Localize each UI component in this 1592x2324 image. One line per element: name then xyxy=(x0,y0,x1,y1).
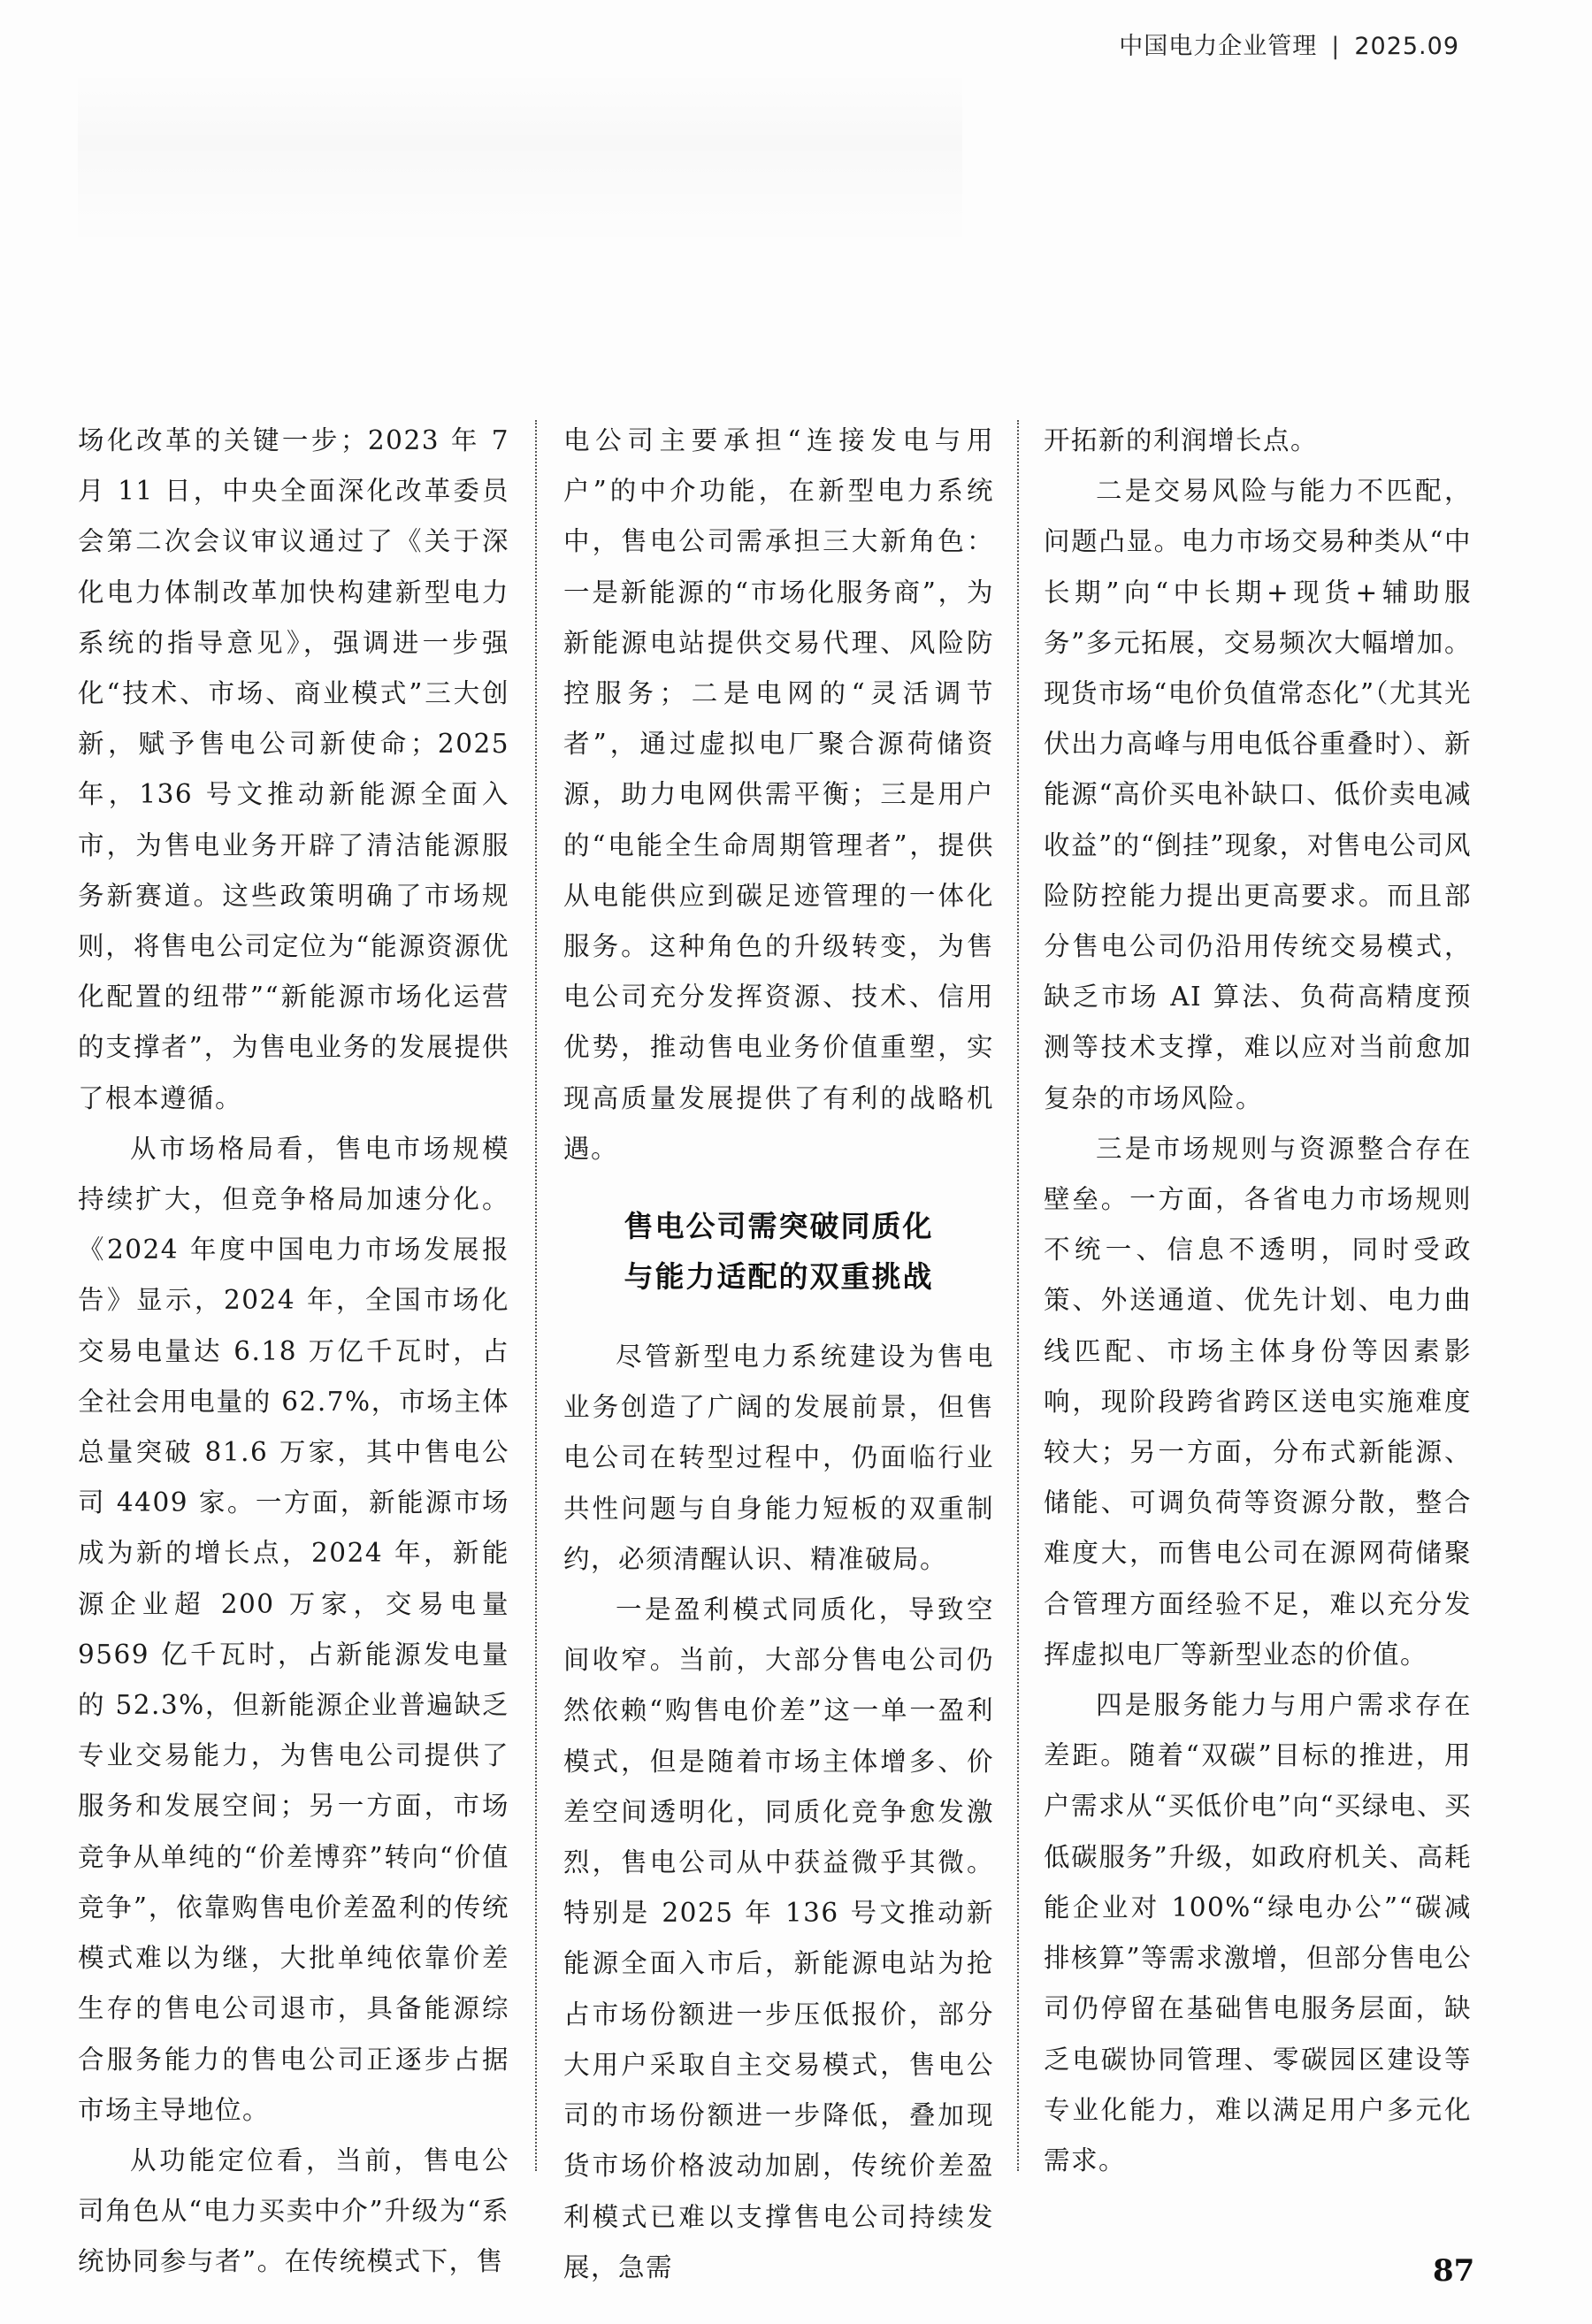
column-middle: 电公司主要承担“连接发电与用户”的中介功能，在新型电力系统中，售电公司需承担三大… xyxy=(563,416,994,2293)
paragraph: 三是市场规则与资源整合存在壁垒。一方面，各省电力市场规则不统一、信息不透明，同时… xyxy=(1044,1124,1472,1680)
paragraph: 尽管新型电力系统建设为售电业务创造了广阔的发展前景，但售电公司在转型过程中，仍面… xyxy=(563,1332,994,1585)
issue-number: 2025.09 xyxy=(1354,33,1459,60)
column-divider xyxy=(535,420,537,2171)
paragraph: 场化改革的关键一步；2023 年 7 月 11 日，中央全面深化改革委员会第二次… xyxy=(78,416,509,1124)
paragraph: 二是交易风险与能力不匹配，问题凸显。电力市场交易种类从“中长期”向“中长期+现货… xyxy=(1044,466,1472,1124)
column-right: 开拓新的利润增长点。 二是交易风险与能力不匹配，问题凸显。电力市场交易种类从“中… xyxy=(1044,416,1472,2186)
page-number: 87 xyxy=(1433,2253,1474,2289)
paragraph: 电公司主要承担“连接发电与用户”的中介功能，在新型电力系统中，售电公司需承担三大… xyxy=(563,416,994,1174)
scan-bleed-through xyxy=(78,71,962,248)
section-heading-line-2: 与能力适配的双重挑战 xyxy=(563,1251,994,1302)
section-heading-line-1: 售电公司需突破同质化 xyxy=(563,1201,994,1251)
paragraph: 四是服务能力与用户需求存在差距。随着“双碳”目标的推进，用户需求从“买低价电”向… xyxy=(1044,1680,1472,2186)
paragraph: 一是盈利模式同质化，导致空间收窄。当前，大部分售电公司仍然依赖“购售电价差”这一… xyxy=(563,1585,994,2293)
column-left: 场化改革的关键一步；2023 年 7 月 11 日，中央全面深化改革委员会第二次… xyxy=(78,416,509,2288)
paragraph: 从功能定位看，当前，售电公司角色从“电力买卖中介”升级为“系统协同参与者”。在传… xyxy=(78,2136,509,2288)
running-header: 中国电力企业管理|2025.09 xyxy=(1119,27,1459,61)
section-heading: 售电公司需突破同质化 与能力适配的双重挑战 xyxy=(563,1201,994,1302)
journal-title: 中国电力企业管理 xyxy=(1119,33,1317,60)
column-divider xyxy=(1017,420,1019,2171)
header-separator: | xyxy=(1331,33,1340,60)
paragraph: 从市场格局看，售电市场规模持续扩大，但竞争格局加速分化。《2024 年度中国电力… xyxy=(78,1124,509,2136)
paragraph: 开拓新的利润增长点。 xyxy=(1044,416,1472,466)
